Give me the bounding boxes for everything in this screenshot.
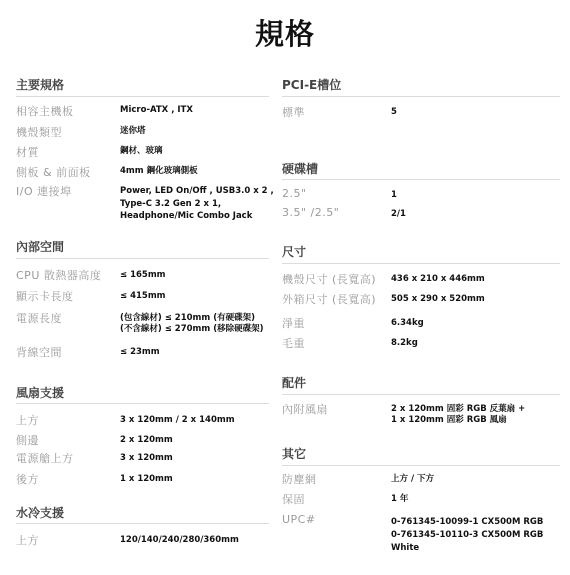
- section-divider: [282, 263, 560, 264]
- spec-label: 防塵網: [282, 471, 317, 487]
- spec-label: 3.5" /2.5": [282, 206, 339, 219]
- spec-label: CPU 散熱器高度: [16, 267, 101, 283]
- section-heading-internal-space: 內部空間: [16, 238, 64, 255]
- spec-label: 上方: [16, 412, 39, 428]
- section-divider: [282, 465, 560, 466]
- section-heading-pcie-slots: PCI-E槽位: [282, 76, 341, 93]
- spec-label: 電源長度: [16, 310, 62, 326]
- spec-label: 外箱尺寸 (長寬高): [282, 291, 376, 307]
- spec-value: 1: [391, 190, 397, 201]
- section-divider: [16, 523, 269, 524]
- spec-value: 上方 / 下方: [391, 474, 434, 485]
- spec-value: 6.34kg: [391, 318, 424, 329]
- spec-label: 保固: [282, 491, 305, 507]
- spec-label: I/O 連接埠: [16, 183, 72, 199]
- spec-value: 2 x 120mm: [120, 435, 173, 446]
- page-title: 規格: [0, 12, 570, 53]
- section-divider: [282, 179, 560, 180]
- spec-value: 2/1: [391, 209, 406, 220]
- section-heading-drive-bays: 硬碟槽: [282, 160, 318, 177]
- spec-value: ≤ 415mm: [120, 291, 166, 302]
- spec-value: 8.2kg: [391, 338, 418, 349]
- spec-value: 4mm 鋼化玻璃側板: [120, 166, 198, 177]
- spec-label: 上方: [16, 532, 39, 548]
- section-heading-accessories: 配件: [282, 374, 306, 391]
- spec-label: UPC#: [282, 513, 316, 526]
- spec-label: 側邊: [16, 432, 39, 448]
- spec-value: ≤ 23mm: [120, 347, 160, 358]
- section-divider: [16, 96, 269, 97]
- spec-value: 120/140/240/280/360mm: [120, 535, 239, 546]
- spec-label: 後方: [16, 471, 39, 487]
- spec-label: 淨重: [282, 315, 305, 331]
- section-divider: [282, 96, 560, 97]
- spec-label: 相容主機板: [16, 103, 74, 119]
- section-divider: [16, 258, 269, 259]
- section-divider: [282, 394, 560, 395]
- spec-value: 505 x 290 x 520mm: [391, 294, 485, 305]
- spec-value: 5: [391, 107, 397, 118]
- spec-label: 顯示卡長度: [16, 288, 74, 304]
- section-heading-main-specs: 主要規格: [16, 76, 64, 93]
- spec-value: (包含線材) ≤ 210mm (有硬碟架) (不含線材) ≤ 270mm (移除…: [120, 313, 264, 335]
- spec-label: 標準: [282, 104, 305, 120]
- spec-label: 機殼尺寸 (長寬高): [282, 271, 376, 287]
- section-heading-liquid-cooling: 水冷支援: [16, 504, 64, 521]
- spec-value: 2 x 120mm 固彩 RGB 反葉扇 + 1 x 120mm 固彩 RGB …: [391, 404, 525, 426]
- spec-value: 436 x 210 x 446mm: [391, 274, 485, 285]
- spec-value: Power, LED On/Off , USB3.0 x 2 , Type-C …: [120, 185, 274, 223]
- spec-label: 電源艙上方: [16, 450, 74, 466]
- spec-value: 1 年: [391, 494, 408, 505]
- spec-label: 毛重: [282, 335, 305, 351]
- spec-value: 1 x 120mm: [120, 474, 173, 485]
- section-heading-other: 其它: [282, 445, 306, 462]
- spec-label: 材質: [16, 144, 39, 160]
- spec-label: 背線空間: [16, 344, 62, 360]
- section-heading-fan-support: 風扇支援: [16, 384, 64, 401]
- spec-label: 側板 & 前面板: [16, 164, 91, 180]
- section-heading-dimensions: 尺寸: [282, 243, 306, 260]
- spec-value: 3 x 120mm / 2 x 140mm: [120, 415, 235, 426]
- spec-label: 內附風扇: [282, 401, 328, 417]
- section-divider: [16, 403, 269, 404]
- spec-label: 機殼類型: [16, 124, 62, 140]
- spec-value: 迷你塔: [120, 126, 146, 137]
- spec-value: ≤ 165mm: [120, 270, 166, 281]
- spec-label: 2.5": [282, 187, 307, 200]
- spec-value: 3 x 120mm: [120, 453, 173, 464]
- spec-value: 鋼材、玻璃: [120, 146, 163, 157]
- spec-value: 0-761345-10099-1 CX500M RGB 0-761345-101…: [391, 516, 570, 555]
- spec-value: Micro-ATX , ITX: [120, 105, 193, 116]
